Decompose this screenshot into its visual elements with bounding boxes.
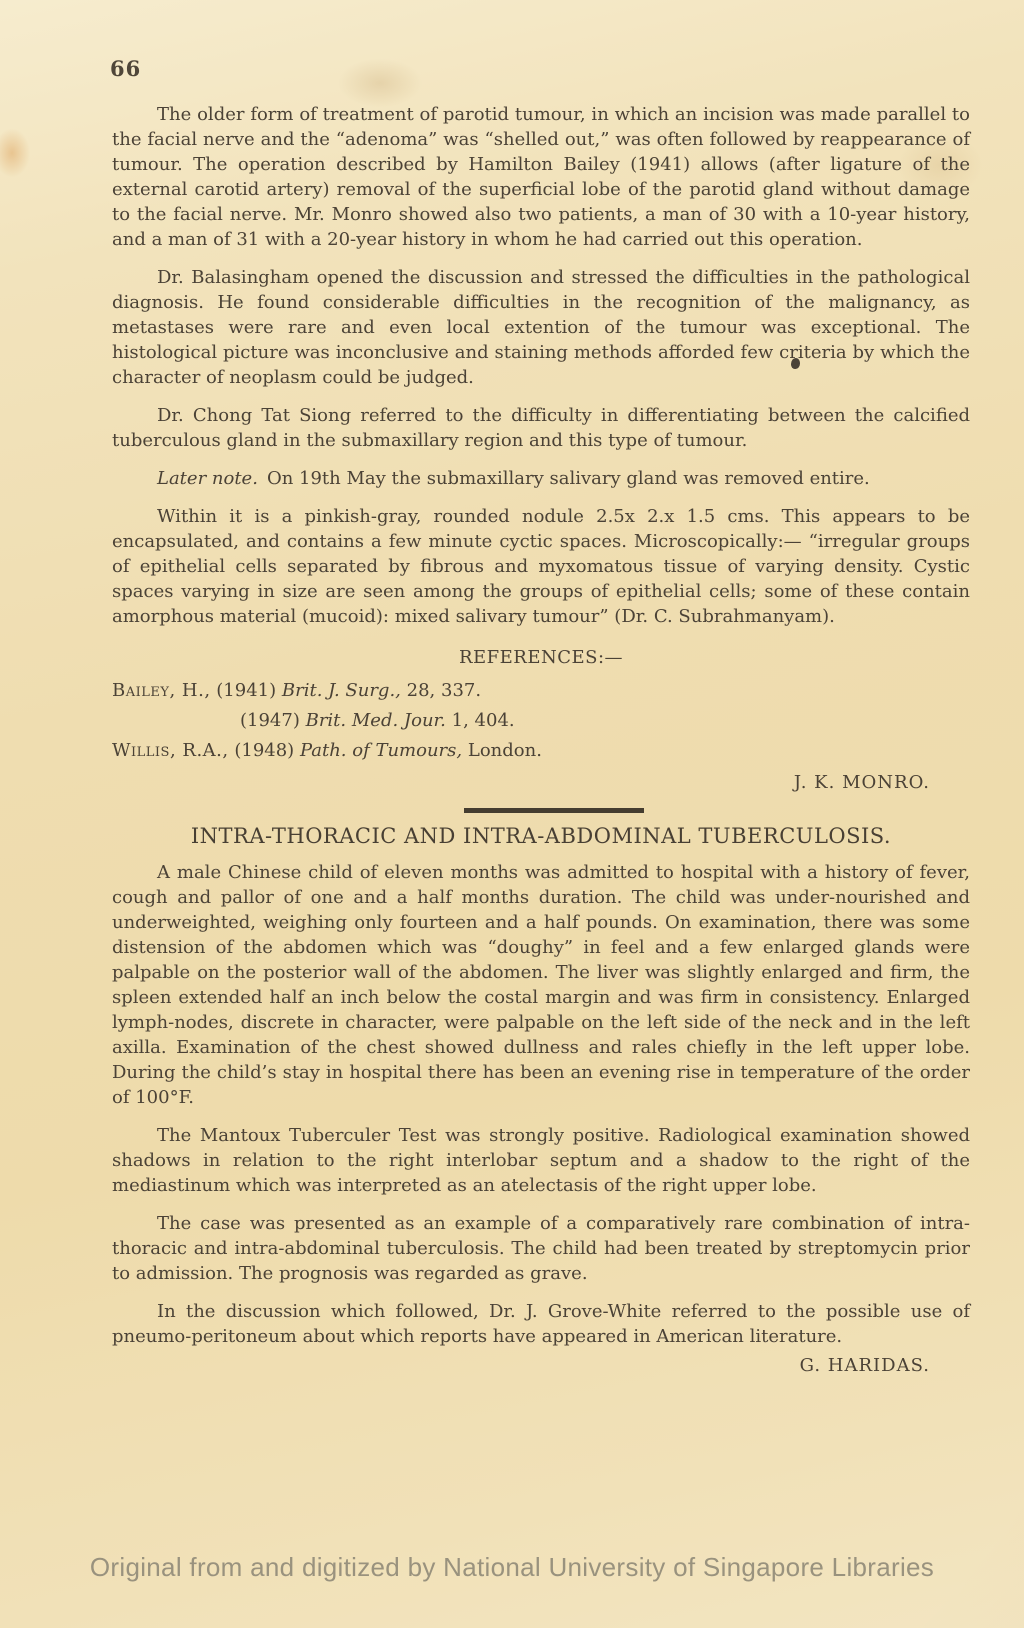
reference-entry: Bailey, H., (1941) Brit. J. Surg., 28, 3… xyxy=(112,676,970,706)
paragraph: The case was presented as an example of … xyxy=(112,1211,970,1286)
paragraph: Dr. Chong Tat Siong referred to the diff… xyxy=(112,403,970,453)
reference-entry: Willis, R.A., (1948) Path. of Tumours, L… xyxy=(112,736,970,766)
reference-author: Willis, R.A., xyxy=(112,740,229,761)
article-parotid-tumour: The older form of treatment of parotid t… xyxy=(112,102,970,795)
reference-detail: 28, 337. xyxy=(407,680,481,701)
later-note-paragraph: Later note.On 19th May the submaxillary … xyxy=(112,466,970,491)
pathology-paragraph: Within it is a pinkish-gray, rounded nod… xyxy=(112,504,970,629)
reference-year: (1941) xyxy=(216,680,276,701)
digitization-watermark: Original from and digitized by National … xyxy=(0,1552,1024,1583)
reference-title: Brit. Med. Jour. xyxy=(306,710,446,731)
reference-title: Path. of Tumours, xyxy=(300,740,462,761)
paragraph: Dr. Balasingham opened the discussion an… xyxy=(112,265,970,390)
later-note-label: Later note. xyxy=(157,468,258,489)
paragraph: The Mantoux Tuberculer Test was strongly… xyxy=(112,1123,970,1198)
later-note-text: On 19th May the submaxillary salivary gl… xyxy=(267,468,870,489)
reference-entry: (1947) Brit. Med. Jour. 1, 404. xyxy=(112,706,970,736)
signature-monro: J. K. MONRO. xyxy=(112,770,970,795)
paragraph: The older form of treatment of parotid t… xyxy=(112,102,970,252)
scanned-page: 66 The older form of treatment of paroti… xyxy=(0,0,1024,1628)
section-divider xyxy=(464,808,644,813)
references-heading: REFERENCES:— xyxy=(112,645,970,670)
page-content: The older form of treatment of parotid t… xyxy=(112,102,970,1378)
paper-stain xyxy=(0,118,38,188)
reference-title: Brit. J. Surg., xyxy=(282,680,401,701)
article-tuberculosis: INTRA-THORACIC AND INTRA-ABDOMINAL TUBER… xyxy=(112,824,970,1378)
references-list: Bailey, H., (1941) Brit. J. Surg., 28, 3… xyxy=(112,676,970,766)
reference-detail: London. xyxy=(468,740,542,761)
paragraph: In the discussion which followed, Dr. J.… xyxy=(112,1299,970,1349)
reference-year: (1948) xyxy=(234,740,294,761)
signature-haridas: G. HARIDAS. xyxy=(112,1353,970,1378)
page-number: 66 xyxy=(110,56,141,81)
reference-year: (1947) xyxy=(240,710,300,731)
paragraph: A male Chinese child of eleven months wa… xyxy=(112,860,970,1110)
reference-detail: 1, 404. xyxy=(452,710,515,731)
reference-author: Bailey, H., xyxy=(112,680,211,701)
article-heading: INTRA-THORACIC AND INTRA-ABDOMINAL TUBER… xyxy=(112,824,970,849)
